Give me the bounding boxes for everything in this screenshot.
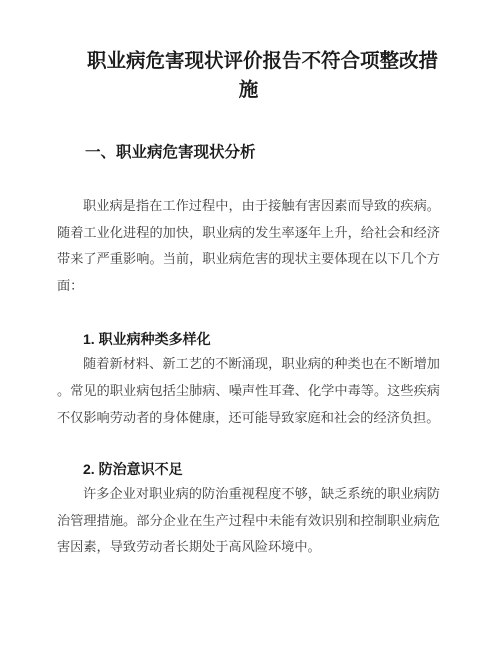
document-title: 职业病危害现状评价报告不符合项整改措施	[57, 0, 440, 105]
subsection-heading-prevention-awareness: 2. 防治意识不足	[57, 459, 440, 479]
document-page: 职业病危害现状评价报告不符合项整改措施 一、职业病危害现状分析 职业病是指在工作…	[0, 0, 500, 647]
section-heading-occupational-disease-analysis: 一、职业病危害现状分析	[57, 143, 440, 163]
subsection-paragraph-prevention-awareness: 许多企业对职业病的防治重视程度不够，缺乏系统的职业病防治管理措施。部分企业在生产…	[57, 481, 440, 561]
section-intro-paragraph: 职业病是指在工作过程中，由于接触有害因素而导致的疾病。随着工业化进程的加快，职业…	[57, 193, 440, 299]
subsection-paragraph-disease-variety: 随着新材料、新工艺的不断涌现，职业病的种类也在不断增加。常见的职业病包括尘肺病、…	[57, 351, 440, 431]
subsection-heading-disease-variety: 1. 职业病种类多样化	[57, 329, 440, 349]
